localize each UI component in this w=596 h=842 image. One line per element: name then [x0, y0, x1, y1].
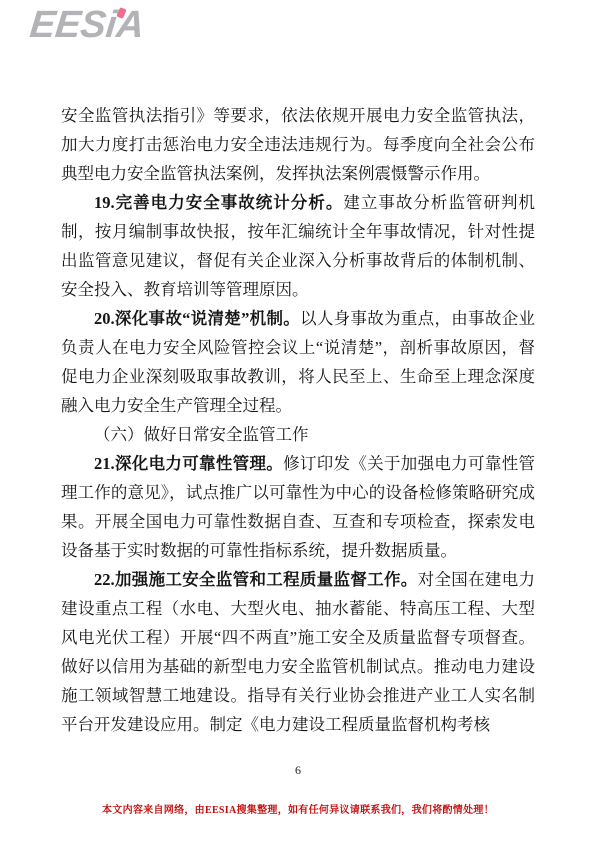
paragraph-heading: 19.完善电力安全事故统计分析。 [94, 193, 343, 212]
paragraph-heading: 20.深化事故“说清楚”机制。 [94, 309, 300, 328]
footer-disclaimer: 本文内容来自网络，由EESIA搜集整理，如有任何异议请联系我们，我们将酌情处理！ [0, 801, 596, 816]
document-page: EESiA 安全监管执法指引》等要求，依法依规开展电力安全监管执法，加大力度打击… [0, 0, 596, 842]
paragraph-text: 安全监管执法指引》等要求，依法依规开展电力安全监管执法，加大力度打击惩治电力安全… [61, 106, 535, 183]
section-heading-6: （六）做好日常安全监管工作 [61, 420, 535, 449]
paragraph-heading: 22.加强施工安全监管和工程质量监督工作。 [94, 570, 418, 589]
page-number: 6 [0, 763, 596, 778]
eesia-logo: EESiA [30, 6, 170, 50]
body-text: 安全监管执法指引》等要求，依法依规开展电力安全监管执法，加大力度打击惩治电力安全… [61, 101, 535, 739]
section-heading-text: （六）做好日常安全监管工作 [94, 425, 309, 444]
logo-text: EESiA [28, 6, 146, 44]
paragraph-item-21: 21.深化电力可靠性管理。修订印发《关于加强电力可靠性管理工作的意见》，试点推广… [61, 449, 535, 565]
paragraph-text: 对全国在建电力建设重点工程（水电、大型火电、抽水蓄能、特高压工程、大型风电光伏工… [61, 570, 535, 734]
paragraph-item-20: 20.深化事故“说清楚”机制。以人身事故为重点，由事故企业负责人在电力安全风险管… [61, 304, 535, 420]
paragraph-heading: 21.深化电力可靠性管理。 [94, 454, 283, 473]
paragraph-item-19: 19.完善电力安全事故统计分析。建立事故分析监管研判机制，按月编制事故快报，按年… [61, 188, 535, 304]
paragraph-item-22: 22.加强施工安全监管和工程质量监督工作。对全国在建电力建设重点工程（水电、大型… [61, 565, 535, 739]
paragraph-continuation: 安全监管执法指引》等要求，依法依规开展电力安全监管执法，加大力度打击惩治电力安全… [61, 101, 535, 188]
